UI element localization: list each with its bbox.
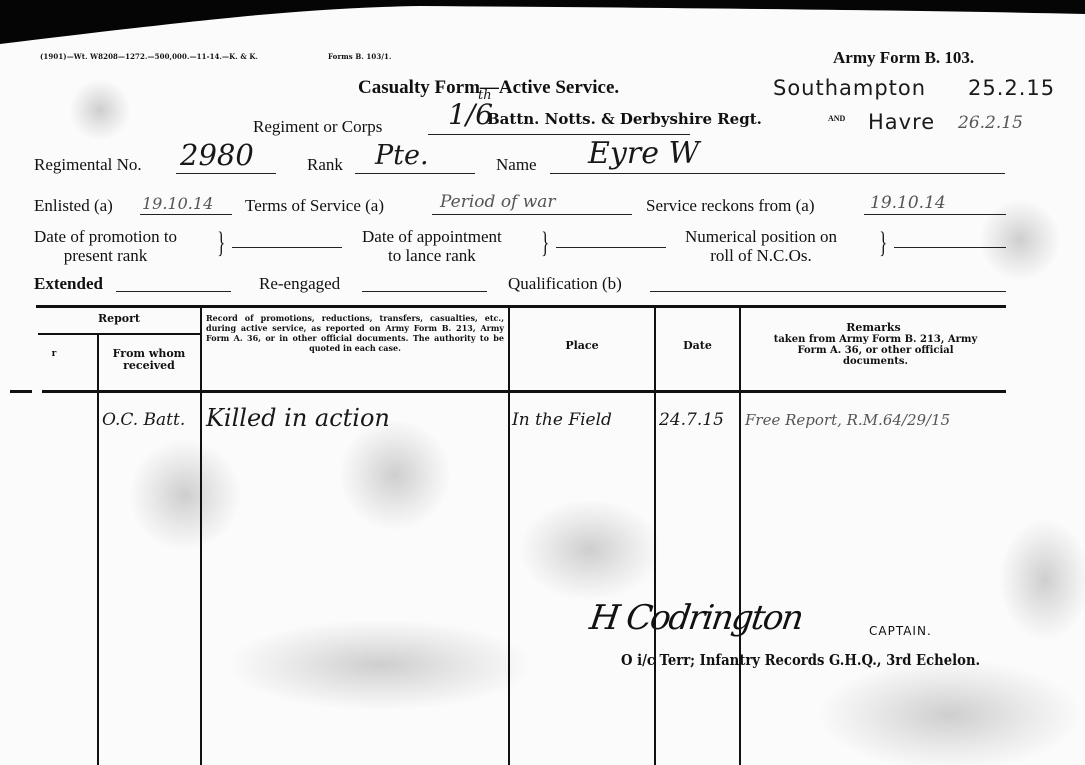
regimental-no-label: Regimental No. [34,155,142,175]
name-underline [550,173,1005,174]
cell-place: In the Field [512,410,612,430]
appointment-label-line2: to lance rank [362,246,502,265]
table-top-rule [36,305,1006,308]
column-divider-from-whom [97,334,99,765]
promotion-label-line1: Date of promotion to [34,227,177,246]
enlisted-value: 19.10.14 [142,194,213,213]
stain [1000,520,1085,640]
print-code: (1901)—Wt. W8208—1272.—500,000.—11-14.—K… [40,52,258,61]
column-divider-date [654,308,656,765]
numerical-label-line2: roll of N.C.Os. [685,246,837,265]
regiment-label: Regiment or Corps [253,117,382,137]
stain [230,620,530,710]
header-report-date-fragment: r [48,348,60,360]
extended-label: Extended [34,274,103,294]
numerical-position-label: Numerical position on roll of N.C.Os. [685,227,837,265]
reengaged-label: Re-engaged [259,274,340,294]
numerical-brace: } [879,228,887,258]
cell-record: Killed in action [206,404,390,432]
signature-office: O i/c Terr; Infantry Records G.H.Q., 3rd… [621,651,980,669]
port-stamp-southampton-date: 25.2.15 [968,76,1055,100]
header-from-whom: From whom received [104,348,194,372]
scan-edge [0,0,1085,46]
stain [820,660,1080,765]
cell-date: 24.7.15 [659,410,724,430]
header-place: Place [510,340,654,352]
numerical-underline [894,247,1006,248]
header-remarks-sub: taken from Army Form B. 213, Army Form A… [768,334,983,367]
cell-from-whom: O.C. Batt. [102,410,185,430]
regimental-no-underline [176,173,276,174]
appointment-label-line1: Date of appointment [362,227,502,246]
signature: H Codrington [587,598,804,638]
stain [340,420,450,530]
and-mark: AND [828,114,845,123]
promotion-label-line2: present rank [34,246,177,265]
rank-value: Pte. [375,140,429,171]
regiment-stamp: Battn. Notts. & Derbyshire Regt. [487,110,762,128]
signature-title: CAPTAIN. [869,624,932,638]
stain [980,200,1060,280]
header-report: Report [38,313,200,325]
terms-of-service-label: Terms of Service (a) [245,196,384,216]
header-remarks-title: Remarks [741,322,1006,334]
cell-remarks: Free Report, R.M.64/29/15 [745,411,950,429]
regiment-superscript: th [478,88,492,103]
stain [70,80,130,140]
qualification-underline [650,291,1006,292]
promotion-underline [232,247,342,248]
report-subheader-rule [38,333,200,335]
service-reckons-underline [864,214,1006,215]
column-divider-record [200,308,202,765]
extended-underline [116,291,231,292]
appointment-brace: } [541,228,549,258]
promotion-label: Date of promotion to present rank [34,227,177,265]
casualty-form-document: (1901)—Wt. W8208—1272.—500,000.—11-14.—K… [0,0,1085,765]
header-record: Record of promotions, reductions, transf… [206,313,504,353]
numerical-label-line1: Numerical position on [685,227,837,246]
service-reckons-value: 19.10.14 [870,193,946,213]
header-bottom-rule-fragment [10,390,32,393]
regiment-underline [428,134,690,135]
port-stamp-havre-date: 26.2.15 [958,113,1023,133]
enlisted-underline [140,214,232,215]
service-reckons-label: Service reckons from (a) [646,196,815,216]
header-date: Date [656,340,739,352]
appointment-label: Date of appointment to lance rank [362,227,502,265]
stain [520,500,660,600]
terms-of-service-value: Period of war [440,192,556,212]
stain [130,440,240,550]
name-label: Name [496,155,537,175]
port-stamp-southampton: Southampton [773,76,926,100]
regimental-no-value: 2980 [180,138,254,172]
forms-reference: Forms B. 103/1. [328,52,392,61]
form-number: Army Form B. 103. [833,48,974,68]
terms-of-service-underline [432,214,632,215]
promotion-brace: } [217,228,225,258]
rank-underline [355,173,475,174]
port-stamp-havre: Havre [868,110,935,134]
reengaged-underline [362,291,487,292]
qualification-label: Qualification (b) [508,274,622,294]
column-divider-remarks [739,308,741,765]
header-bottom-rule [42,390,1006,393]
name-value: Eyre W [588,136,699,171]
rank-label: Rank [307,155,343,175]
column-divider-place [508,308,510,765]
appointment-underline [556,247,666,248]
enlisted-label: Enlisted (a) [34,196,113,216]
